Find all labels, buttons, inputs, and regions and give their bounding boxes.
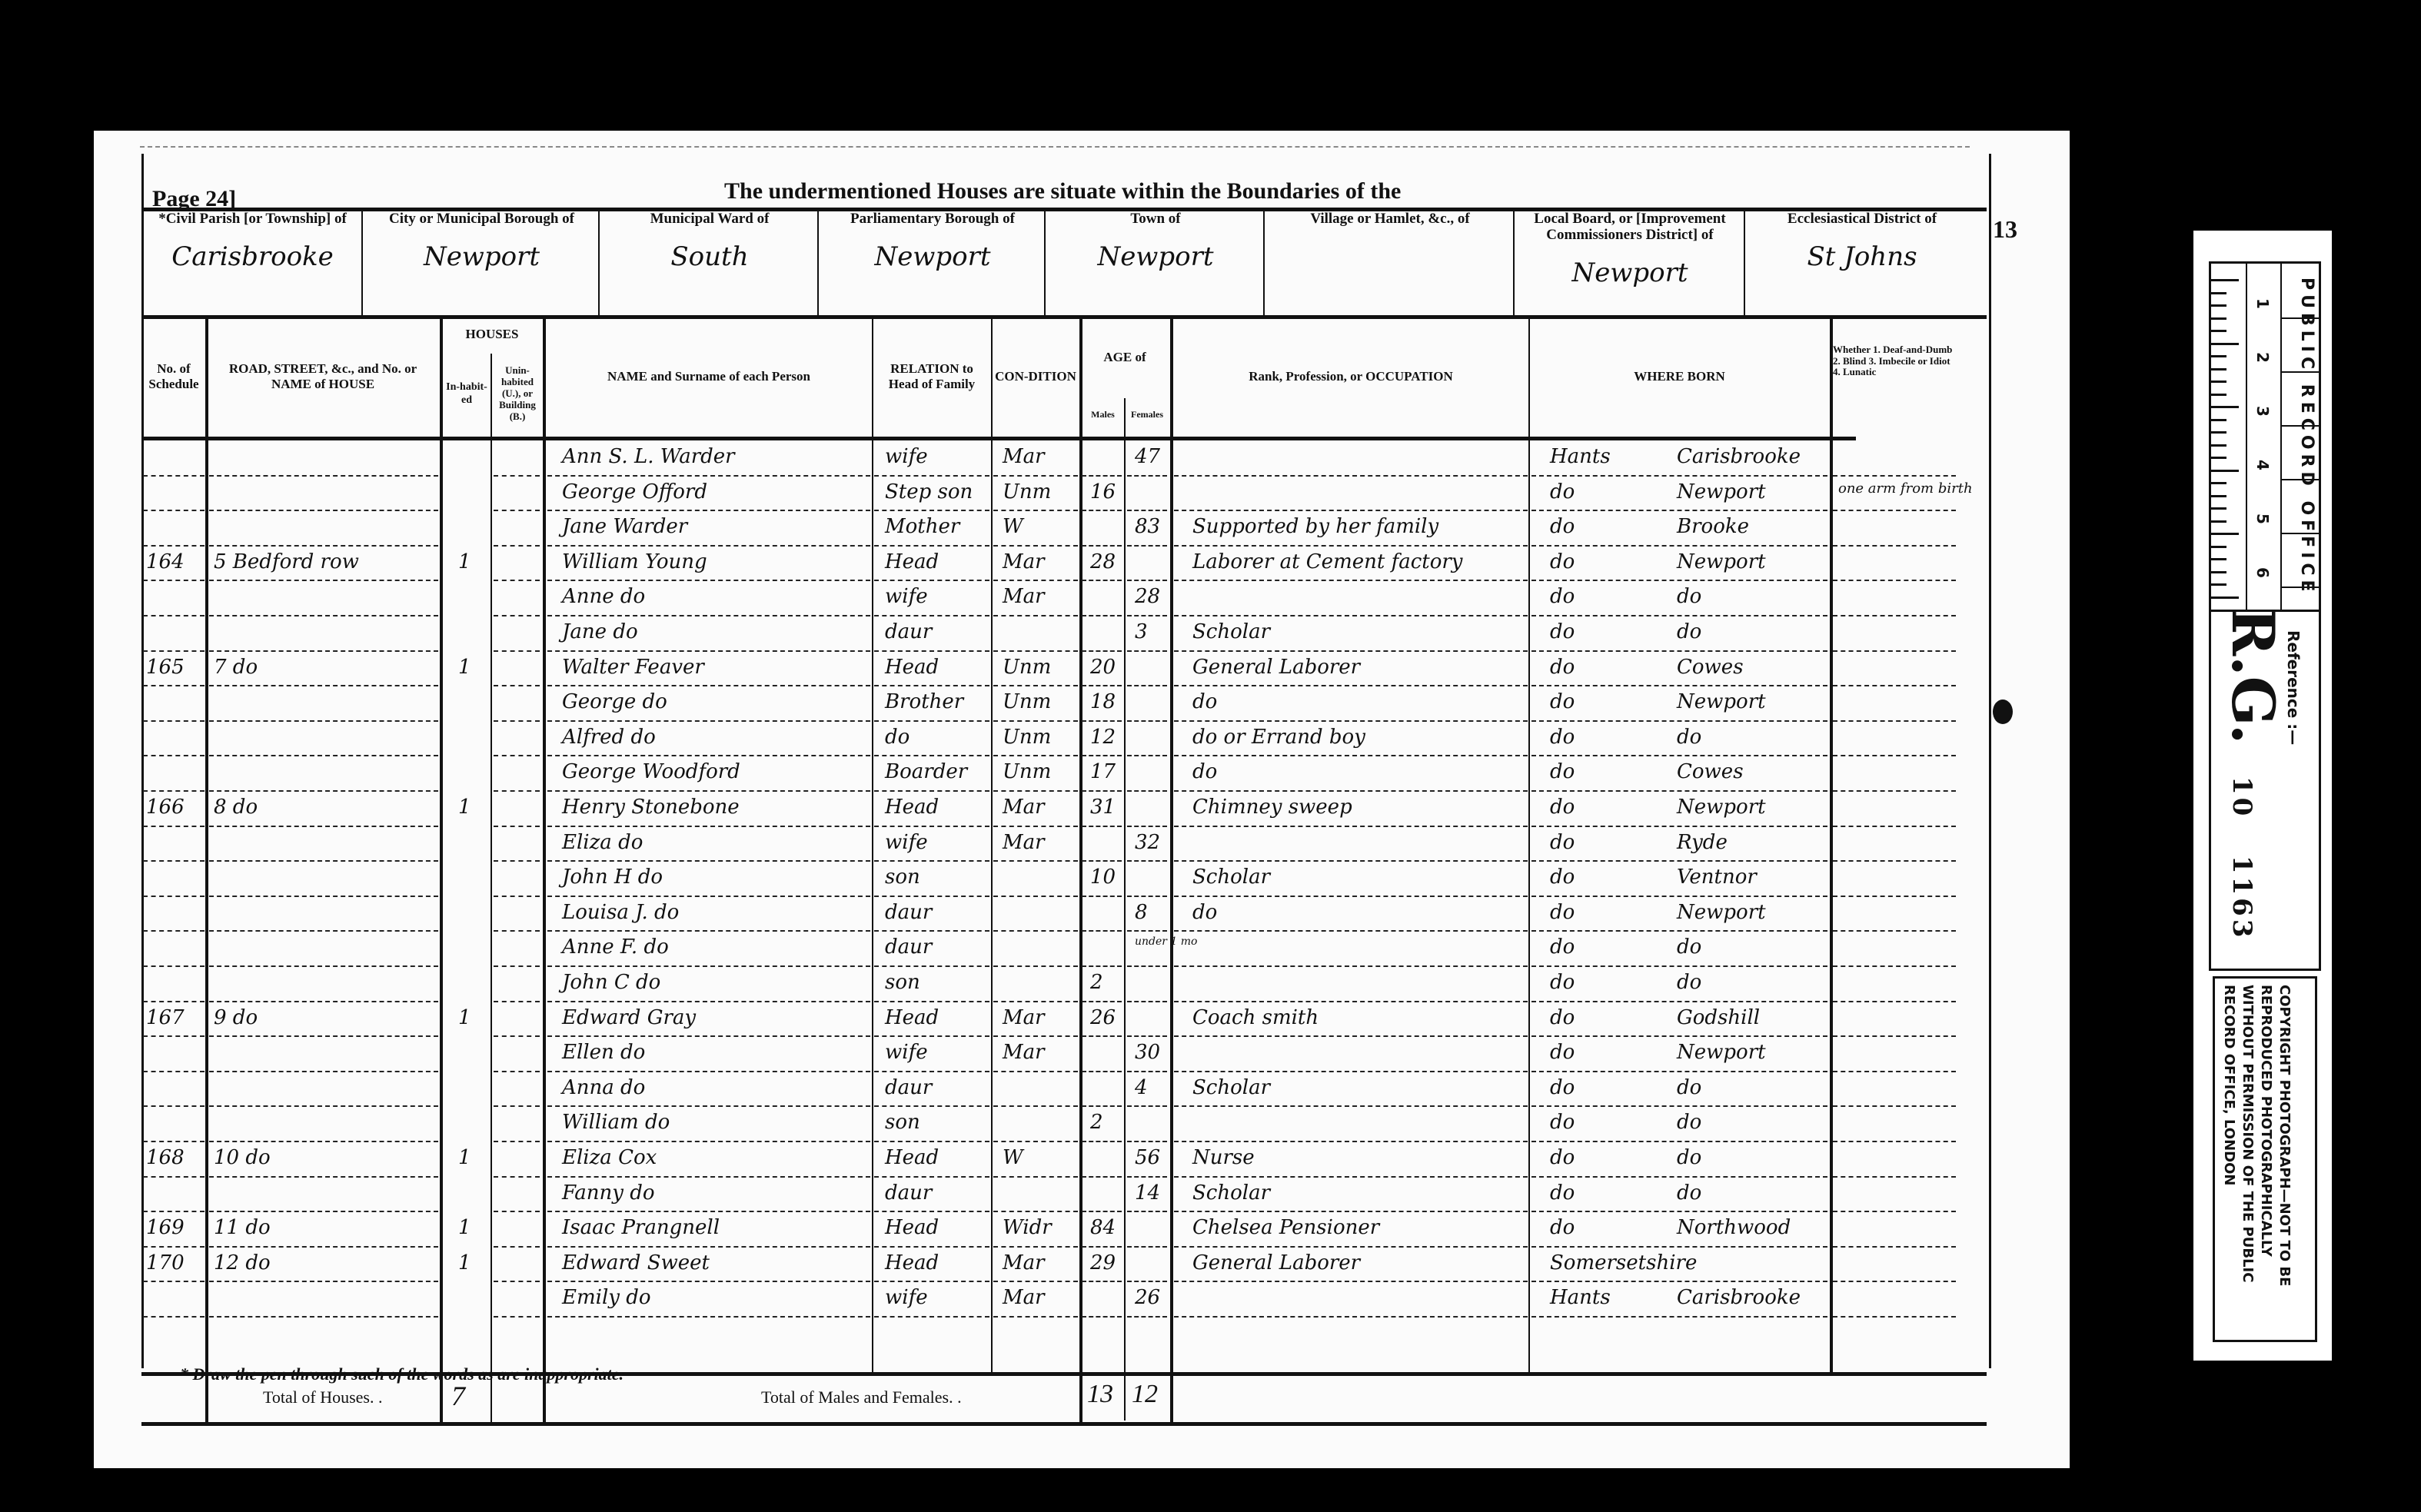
relation: Head (885, 1251, 939, 1274)
row-rule (143, 720, 205, 722)
row-rule (1174, 1176, 1528, 1178)
born-county: do (1550, 515, 1575, 538)
col-inhabited: In-habit-ed (444, 354, 490, 434)
occupation: Chelsea Pensioner (1192, 1216, 1379, 1239)
ruler-tick (2211, 304, 2226, 307)
age-male: 12 (1090, 726, 1116, 749)
row-rule (547, 475, 870, 477)
born-county: do (1550, 1076, 1575, 1099)
occupation: Scholar (1192, 866, 1270, 889)
table-row: Ann S. L. WarderwifeMar47HantsCarisbrook… (143, 442, 1988, 477)
age-male: 84 (1090, 1216, 1116, 1239)
born-county: do (1550, 1216, 1575, 1239)
condition: Mar (1003, 1286, 1045, 1309)
row-rule (547, 615, 870, 616)
row-rule (874, 475, 989, 477)
row-rule (494, 1316, 540, 1318)
condition: Mar (1003, 796, 1045, 819)
row-rule (1531, 720, 1827, 722)
ruler-tick (2211, 292, 2226, 294)
row-rule (209, 1211, 438, 1212)
row-rule (1082, 1105, 1122, 1107)
row-rule (494, 650, 540, 652)
total-persons-label: Total of Males and Females. . (761, 1387, 962, 1407)
relation: wife (885, 831, 928, 854)
row-rule (993, 896, 1078, 897)
row-rule (1833, 1141, 1956, 1142)
col-schedule: No. of Schedule (143, 319, 205, 434)
row-rule (874, 1001, 989, 1002)
row-rule (1174, 1316, 1528, 1318)
row-rule (494, 1176, 540, 1178)
age-male: 29 (1090, 1251, 1116, 1274)
row-rule (1082, 475, 1122, 477)
ruler-tick (2211, 546, 2226, 548)
row-rule (494, 965, 540, 967)
row-rule (1833, 615, 1956, 616)
relation: do (885, 726, 910, 749)
row-rule (1174, 1211, 1528, 1212)
row-rule (1833, 475, 1956, 477)
person-name: Henry Stonebone (562, 796, 740, 819)
boundary-cell: Ecclesiastical District ofSt Johns (1747, 211, 1977, 315)
row-rule (494, 1281, 540, 1282)
age-female: 4 (1135, 1076, 1148, 1099)
age-male: 16 (1090, 480, 1116, 503)
ruler: PUBLIC RECORD OFFICE 123456 (2209, 261, 2321, 612)
row-rule (209, 896, 438, 897)
row-rule (1833, 1211, 1956, 1212)
row-rule (1127, 755, 1167, 756)
person-name: Jane do (562, 620, 638, 643)
table-row: Ellen dowifeMar30doNewport (143, 1038, 1988, 1072)
ruler-tick (2211, 330, 2226, 332)
born-place: Newport (1677, 1041, 1766, 1064)
row-rule (1531, 896, 1827, 897)
col-rule (598, 211, 600, 315)
row-rule (209, 510, 438, 511)
age-female: 14 (1135, 1181, 1160, 1205)
relation: daur (885, 1076, 932, 1099)
condition: Unm (1003, 656, 1051, 679)
relation: Head (885, 550, 939, 573)
row-rule (874, 896, 989, 897)
row-rule (547, 930, 870, 932)
boundary-cell: Parliamentary Borough ofNewport (820, 211, 1045, 315)
relation: son (885, 1111, 920, 1134)
row-rule (494, 1001, 540, 1002)
row-rule (993, 685, 1078, 686)
born-place: Ventnor (1677, 866, 1757, 889)
person-name: Ann S. L. Warder (562, 445, 735, 468)
ruler-tick (2211, 343, 2239, 345)
row-rule (1531, 1001, 1827, 1002)
row-rule (1531, 1281, 1827, 1282)
born-place: do (1677, 726, 1701, 749)
row-rule (494, 1246, 540, 1248)
row-rule (993, 1246, 1078, 1248)
occupation: Supported by her family (1192, 515, 1438, 538)
reference-box: R.G. Reference :— 10 1163 (2209, 607, 2321, 971)
series-code: R.G. (2219, 607, 2287, 744)
row-rule (874, 790, 989, 792)
row-rule (1127, 1316, 1167, 1318)
boundary-cell: Local Board, or [Improvement Commissione… (1516, 211, 1744, 315)
row-rule (993, 965, 1078, 967)
row-rule (1833, 1176, 1956, 1178)
person-name: Anne F. do (562, 935, 669, 959)
boundary-label: Municipal Ward of (601, 211, 818, 228)
row-rule (1833, 1281, 1956, 1282)
ruler-tick (2211, 279, 2239, 281)
ruler-number: 5 (2253, 513, 2272, 524)
age-female: 30 (1135, 1041, 1160, 1064)
table-row: Alfred dodoUnm12do or Errand boydodo (143, 723, 1988, 757)
row-rule (143, 1105, 205, 1107)
boundary-label: Parliamentary Borough of (820, 211, 1045, 228)
row-rule (143, 510, 205, 511)
col-condition: CON-DITION (993, 319, 1078, 434)
ruler-cell-rule (2280, 371, 2319, 373)
row-rule (143, 826, 205, 827)
row-rule (1082, 1281, 1122, 1282)
row-rule (993, 510, 1078, 511)
row-rule (143, 1141, 205, 1142)
occupation: Coach smith (1192, 1006, 1319, 1029)
row-rule (494, 1071, 540, 1072)
row-rule (874, 1141, 989, 1142)
row-rule (874, 930, 989, 932)
row-rule (494, 896, 540, 897)
row-rule (1531, 545, 1827, 547)
row-rule (1833, 1071, 1956, 1072)
age-male: 28 (1090, 550, 1116, 573)
footnote: * Draw the pen through such of the words… (180, 1364, 624, 1384)
ruler-cell-rule (2280, 425, 2319, 427)
occupation: Scholar (1192, 1076, 1270, 1099)
row-rule (1127, 1071, 1167, 1072)
boundary-label: Ecclesiastical District of (1747, 211, 1977, 228)
row-rule (874, 580, 989, 581)
copyright-notice: COPYRIGHT PHOTOGRAPH—NOT TO BE REPRODUCE… (2220, 985, 2293, 1331)
condition: Unm (1003, 480, 1051, 503)
boundary-cell: Town ofNewport (1047, 211, 1264, 315)
condition: Mar (1003, 1251, 1045, 1274)
table-row: Fanny dodaur14Scholardodo (143, 1178, 1988, 1213)
row-rule (874, 860, 989, 862)
row-rule (1833, 826, 1956, 827)
age-male: 31 (1090, 796, 1116, 819)
page-title: The undermentioned Houses are situate wi… (724, 178, 1401, 204)
row-rule (547, 1001, 870, 1002)
row-rule (209, 755, 438, 756)
born-county: do (1550, 1006, 1575, 1029)
row-rule (874, 1211, 989, 1212)
person-name: Edward Gray (562, 1006, 696, 1029)
row-rule (1082, 1071, 1122, 1072)
relation: son (885, 971, 920, 994)
row-rule (993, 1211, 1078, 1212)
born-place: Cowes (1677, 760, 1744, 783)
age-male: 26 (1090, 1006, 1116, 1029)
row-rule (1531, 1105, 1827, 1107)
row-rule (209, 475, 438, 477)
row-rule (1127, 860, 1167, 862)
age-female: 32 (1135, 831, 1160, 854)
row-rule (874, 1281, 989, 1282)
row-rule (547, 1071, 870, 1072)
person-name: George Offord (562, 480, 707, 503)
row-rule (1174, 685, 1528, 686)
born-place: Newport (1677, 480, 1766, 503)
condition: Mar (1003, 585, 1045, 608)
person-name: George do (562, 690, 667, 713)
row-rule (1174, 475, 1528, 477)
row-rule (874, 1035, 989, 1037)
row-rule (494, 860, 540, 862)
row-rule (547, 1316, 870, 1318)
born-place: Ryde (1677, 831, 1728, 854)
relation: wife (885, 1041, 928, 1064)
table-row: Anna dodaur4Scholardodo (143, 1073, 1988, 1108)
age-male: 10 (1090, 866, 1116, 889)
schedule-number: 164 (146, 550, 185, 573)
born-county: do (1550, 1041, 1575, 1064)
row-rule (1082, 1035, 1122, 1037)
row-rule (494, 510, 540, 511)
row-rule (1127, 930, 1167, 932)
table-row: Jane dodaur3Scholardodo (143, 617, 1988, 652)
row-rule (1082, 545, 1122, 547)
row-rule (143, 1211, 205, 1212)
row-rule (1127, 650, 1167, 652)
table-row: 16810 do1Eliza CoxHeadW56Nursedodo (143, 1143, 1988, 1178)
inhabited-count: 1 (458, 656, 471, 679)
top-dashed-line (140, 146, 1970, 148)
road-address: 12 do (214, 1251, 271, 1274)
col-name: NAME and Surname of each Person (547, 319, 870, 434)
row-rule (874, 1246, 989, 1248)
born-county: do (1550, 831, 1575, 854)
row-rule (1531, 826, 1827, 827)
table-row: Anne dowifeMar28dodo (143, 582, 1988, 616)
schedule-number: 168 (146, 1146, 185, 1169)
archive-reference-strip: PUBLIC RECORD OFFICE 123456 R.G. Referen… (2193, 231, 2332, 1361)
row-rule (494, 615, 540, 616)
office-label: PUBLIC RECORD OFFICE (2301, 264, 2316, 610)
row-rule (874, 615, 989, 616)
row-rule (993, 1105, 1078, 1107)
row-rule (1127, 615, 1167, 616)
row-rule (1127, 1281, 1167, 1282)
row-rule (494, 755, 540, 756)
row-rule (209, 720, 438, 722)
ruler-tick (2211, 444, 2226, 447)
row-rule (1082, 896, 1122, 897)
census-page: Page 24] The undermentioned Houses are s… (94, 131, 2070, 1468)
table-row: Jane WarderMotherW83Supported by her fam… (143, 512, 1988, 547)
row-rule (1127, 580, 1167, 581)
ruler-tick (2211, 507, 2226, 510)
table-row: Emily dowifeMar26HantsCarisbrooke (143, 1283, 1988, 1318)
inhabited-count: 1 (458, 1146, 471, 1169)
table-row: George doBrotherUnm18dodoNewport (143, 687, 1988, 722)
person-name: Fanny do (562, 1181, 655, 1205)
born-county: do (1550, 866, 1575, 889)
row-rule (1531, 930, 1827, 932)
age-male: 2 (1090, 971, 1103, 994)
row-rule (1082, 1176, 1122, 1178)
row-rule (1174, 1035, 1528, 1037)
row-rule (993, 1001, 1078, 1002)
row-rule (547, 1105, 870, 1107)
row-rule (547, 826, 870, 827)
row-rule (874, 1316, 989, 1318)
row-rule (1127, 720, 1167, 722)
col-rule (817, 211, 819, 315)
ruler-tick (2211, 355, 2226, 357)
row-rule (1127, 1105, 1167, 1107)
row-rule (143, 1176, 205, 1178)
age-female: 83 (1135, 515, 1160, 538)
table-row: John H doson10ScholardoVentnor (143, 862, 1988, 897)
row-rule (1127, 685, 1167, 686)
ruler-tick (2211, 571, 2226, 573)
col-rule (1263, 211, 1265, 315)
condition: Mar (1003, 831, 1045, 854)
row-rule (547, 510, 870, 511)
person-name: Jane Warder (562, 515, 687, 538)
row-rule (547, 1035, 870, 1037)
boundary-cell: Municipal Ward ofSouth (601, 211, 818, 315)
condition: Widr (1003, 1216, 1052, 1239)
row-rule (143, 580, 205, 581)
ruler-tick (2211, 419, 2226, 421)
born-place: do (1677, 1146, 1701, 1169)
row-rule (547, 860, 870, 862)
relation: Head (885, 796, 939, 819)
row-rule (1127, 826, 1167, 827)
person-name: William do (562, 1111, 670, 1134)
row-rule (1082, 615, 1122, 616)
row-rule (1174, 650, 1528, 652)
row-rule (1127, 1246, 1167, 1248)
born-county: do (1550, 1181, 1575, 1205)
age-male: 17 (1090, 760, 1116, 783)
boundary-value: St Johns (1747, 241, 1977, 272)
row-rule (209, 1316, 438, 1318)
total-houses-label: Total of Houses. . (263, 1387, 383, 1407)
row-rule (209, 826, 438, 827)
person-name: John H do (562, 866, 663, 889)
occupation: do (1192, 690, 1217, 713)
boundary-label: *Civil Parish [or Township] of (143, 211, 362, 228)
born-place: Newport (1677, 550, 1766, 573)
row-rule (143, 615, 205, 616)
person-name: John C do (562, 971, 660, 994)
age-male: 2 (1090, 1111, 1103, 1134)
row-rule (993, 475, 1078, 477)
relation: daur (885, 620, 932, 643)
relation: Head (885, 656, 939, 679)
boundary-label: Village or Hamlet, &c., of (1266, 211, 1514, 228)
margin-mark: 13 (1993, 215, 2017, 244)
col-houses: HOUSES (444, 319, 540, 350)
ruler-number: 2 (2253, 352, 2272, 363)
col-rule (1044, 211, 1046, 315)
row-rule (1174, 545, 1528, 547)
ruler-number: 1 (2253, 298, 2272, 309)
row-rule (1531, 860, 1827, 862)
row-rule (1127, 1211, 1167, 1212)
ruler-tick (2211, 457, 2226, 459)
table-row: 1679 do1Edward GrayHeadMar26Coach smithd… (143, 1003, 1988, 1038)
age-female: 26 (1135, 1286, 1160, 1309)
row-rule (874, 545, 989, 547)
row-rule (547, 1211, 870, 1212)
row-rule (547, 755, 870, 756)
row-rule (874, 685, 989, 686)
born-place: Brooke (1677, 515, 1749, 538)
row-rule (547, 965, 870, 967)
born-county: do (1550, 550, 1575, 573)
inhabited-count: 1 (458, 1251, 471, 1274)
age-female: under 1 mo (1135, 935, 1197, 948)
row-rule (1082, 1246, 1122, 1248)
row-rule (209, 685, 438, 686)
ruler-tick (2211, 583, 2226, 586)
row-rule (494, 1141, 540, 1142)
row-rule (209, 650, 438, 652)
row-rule (1174, 965, 1528, 967)
row-rule (1833, 1035, 1956, 1037)
table-row: George OffordStep sonUnm16doNewportone a… (143, 477, 1988, 512)
table-row: 17012 do1Edward SweetHeadMar29General La… (143, 1248, 1988, 1283)
row-rule (1127, 545, 1167, 547)
row-rule (143, 1316, 205, 1318)
row-rule (1127, 790, 1167, 792)
row-rule (1833, 1105, 1956, 1107)
row-rule (1082, 1001, 1122, 1002)
row-rule (1531, 1211, 1827, 1212)
born-place: Northwood (1677, 1216, 1791, 1239)
row-rule (1174, 615, 1528, 616)
boundary-label: Town of (1047, 211, 1264, 228)
row-rule (209, 790, 438, 792)
total-females: 12 (1132, 1380, 1158, 1409)
ink-blot (1993, 700, 2013, 724)
row-rule (1833, 755, 1956, 756)
row-rule (143, 965, 205, 967)
ruler-divider (2246, 264, 2247, 610)
row-rule (209, 1176, 438, 1178)
row-rule (1174, 1071, 1528, 1072)
born-place: do (1677, 1076, 1701, 1099)
ruler-tick (2211, 482, 2226, 484)
born-county: Somersetshire (1550, 1251, 1697, 1274)
row-rule (143, 1035, 205, 1037)
condition: Mar (1003, 1041, 1045, 1064)
born-place: do (1677, 935, 1701, 959)
table-row: Anne F. dodaurunder 1 mododo (143, 932, 1988, 967)
row-rule (1082, 790, 1122, 792)
disability-note: one arm from birth (1838, 480, 1973, 497)
row-rule (209, 1141, 438, 1142)
born-place: Carisbrooke (1677, 445, 1801, 468)
road-address: 11 do (214, 1216, 271, 1239)
row-rule (874, 650, 989, 652)
row-rule (1127, 475, 1167, 477)
